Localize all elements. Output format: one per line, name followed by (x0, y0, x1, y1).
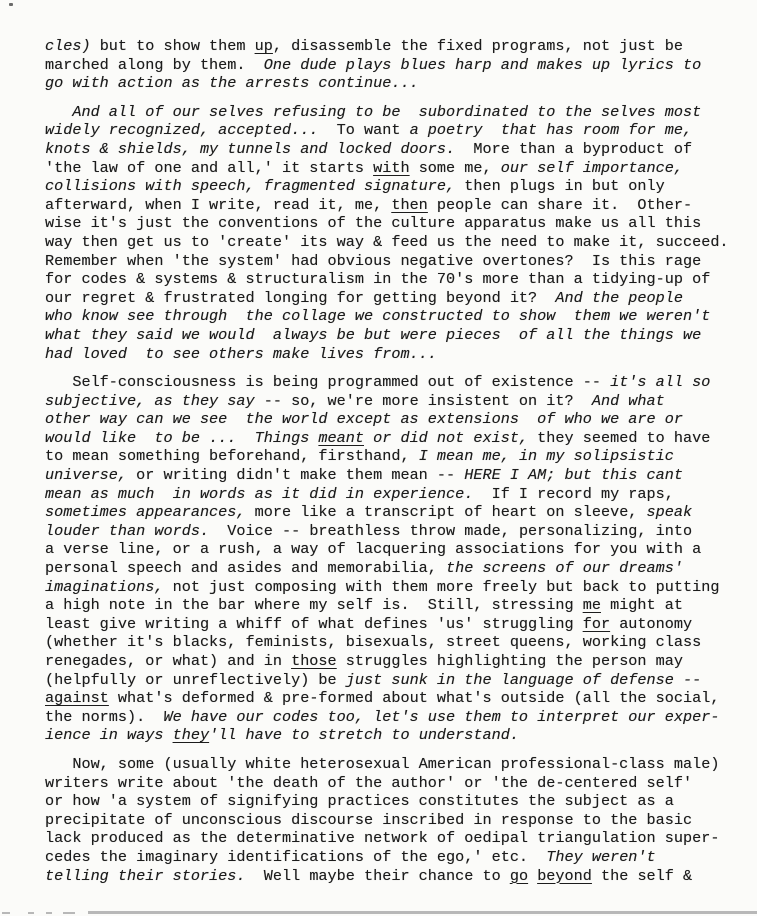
document-body: cles) but to show them up, disassemble t… (45, 37, 737, 885)
text-segment: If I record my raps, (473, 485, 674, 503)
text-line: And all of our selves refusing to be sub… (45, 103, 737, 122)
text-segment: Remember when 'the system' had obvious n… (45, 252, 701, 270)
italic-text: collisions with speech, fragmented signa… (45, 177, 455, 195)
underlined-text: beyond (537, 867, 592, 885)
text-line: sometimes appearances, more like a trans… (45, 503, 737, 522)
italic-text: They weren't (546, 848, 655, 866)
underlined-text: they (173, 726, 209, 744)
text-line: (whether it's blacks, feminists, bisexua… (45, 633, 737, 652)
text-line: Now, some (usually white heterosexual Am… (45, 755, 737, 774)
text-line: way then get us to 'create' its way & fe… (45, 233, 737, 252)
text-segment: the self & (592, 867, 692, 885)
text-segment: (helpfully or unreflectively) be (45, 671, 346, 689)
text-segment: what's deformed & pre-formed about what'… (109, 689, 720, 707)
scan-artifact-dash (2, 912, 10, 914)
text-segment: then plugs in but only (455, 177, 665, 195)
underlined-text: with (373, 159, 409, 177)
text-segment: Well maybe their chance to (246, 867, 510, 885)
text-line: a verse line, or a rush, a way of lacque… (45, 540, 737, 559)
underlined-text: those (291, 652, 337, 670)
italic-text: go with action as the arrests continue..… (45, 74, 419, 92)
italic-text: other way can we see the world except as… (45, 410, 683, 428)
text-line: had loved to see others make lives from.… (45, 345, 737, 364)
text-segment: might at (601, 596, 683, 614)
text-line: the norms). We have our codes too, let's… (45, 708, 737, 727)
text-segment: renegades, or what) and in (45, 652, 291, 670)
underlined-text: against (45, 689, 109, 707)
text-line: telling their stories. Well maybe their … (45, 867, 737, 886)
text-line: Remember when 'the system' had obvious n… (45, 252, 737, 271)
italic-text: speak (647, 503, 693, 521)
text-segment: writers write about 'the death of the au… (45, 774, 692, 792)
italic-text: louder than words. (45, 522, 209, 540)
text-line: universe, or writing didn't make them me… (45, 466, 737, 485)
italic-text: And all of our selves refusing to be sub… (72, 103, 701, 121)
text-segment: for codes & systems & structuralism in t… (45, 270, 710, 288)
text-line: go with action as the arrests continue..… (45, 74, 737, 93)
text-line: would like to be ... Things meant or did… (45, 429, 737, 448)
text-line: Self-consciousness is being programmed o… (45, 373, 737, 392)
italic-text: a poetry that has room for me, (410, 121, 693, 139)
text-segment: people can share it. Other- (428, 196, 692, 214)
text-segment: to mean something beforehand, firsthand, (45, 447, 419, 465)
scan-artifact-dash (28, 912, 34, 914)
text-segment: autonomy (610, 615, 692, 633)
text-line: lack produced as the determinative netwo… (45, 829, 737, 848)
underlined-text: go (510, 867, 528, 885)
text-line: imaginations, not just composing with th… (45, 578, 737, 597)
scan-speck (9, 3, 13, 6)
text-segment: Self-consciousness is being programmed o… (45, 373, 610, 391)
text-segment: the norms). (45, 708, 163, 726)
italic-text: cles) (45, 37, 91, 55)
underlined-text: then (391, 196, 427, 214)
text-segment: (whether it's blacks, feminists, bisexua… (45, 633, 701, 651)
scan-artifact-dash (46, 912, 52, 914)
text-line: mean as much in words as it did in exper… (45, 485, 737, 504)
text-line: other way can we see the world except as… (45, 410, 737, 429)
text-line: who know see through the collage we cons… (45, 307, 737, 326)
text-line: precipitate of unconscious discourse ins… (45, 811, 737, 830)
text-line: cedes the imaginary identifications of t… (45, 848, 737, 867)
paragraph: Now, some (usually white heterosexual Am… (45, 755, 737, 885)
text-segment: least give writing a whiff of what defin… (45, 615, 583, 633)
text-segment: a verse line, or a rush, a way of lacque… (45, 540, 701, 558)
italic-text: who know see through the collage we cons… (45, 307, 710, 325)
text-line: what they said we would always be but we… (45, 326, 737, 345)
italic-text: mean as much in words as it did in exper… (45, 485, 473, 503)
text-line: cles) but to show them up, disassemble t… (45, 37, 737, 56)
italic-text: We have our codes too, let's use them to… (163, 708, 719, 726)
italic-text: 'll have to stretch to understand. (209, 726, 519, 744)
text-line: collisions with speech, fragmented signa… (45, 177, 737, 196)
text-segment: lack produced as the determinative netwo… (45, 829, 719, 847)
text-line: least give writing a whiff of what defin… (45, 615, 737, 634)
text-segment: our regret & frustrated longing for gett… (45, 289, 555, 307)
paragraph: Self-consciousness is being programmed o… (45, 373, 737, 745)
text-line: ience in ways they'll have to stretch to… (45, 726, 737, 745)
text-segment: wise it's just the conventions of the cu… (45, 214, 701, 232)
italic-text: knots & shields, my tunnels and locked d… (45, 140, 455, 158)
italic-text: what they said we would always be but we… (45, 326, 701, 344)
text-line: 'the law of one and all,' it starts with… (45, 159, 737, 178)
text-line: our regret & frustrated longing for gett… (45, 289, 737, 308)
text-line: wise it's just the conventions of the cu… (45, 214, 737, 233)
paragraph: And all of our selves refusing to be sub… (45, 103, 737, 363)
text-segment: a high note in the bar where my self is.… (45, 596, 583, 614)
italic-text: widely recognized, accepted... (45, 121, 318, 139)
italic-text: One dude plays blues harp and makes up l… (264, 56, 701, 74)
text-line: (helpfully or unreflectively) be just su… (45, 671, 737, 690)
text-segment (45, 103, 72, 121)
scan-edge-line (88, 911, 757, 914)
italic-text: universe, (45, 466, 127, 484)
document-page: cles) but to show them up, disassemble t… (0, 0, 757, 916)
text-line: louder than words. Voice -- breathless t… (45, 522, 737, 541)
text-segment: 'the law of one and all,' it starts (45, 159, 373, 177)
italic-text: the screens of our dreams' (446, 559, 683, 577)
paragraph: cles) but to show them up, disassemble t… (45, 37, 737, 93)
italic-text: sometimes appearances, (45, 503, 246, 521)
text-line: afterward, when I write, read it, me, th… (45, 196, 737, 215)
scan-artifact-dash (63, 912, 75, 914)
text-segment: Now, some (usually white heterosexual Am… (45, 755, 719, 773)
italic-text: subjective, as they say (45, 392, 255, 410)
text-line: against what's deformed & pre-formed abo… (45, 689, 737, 708)
text-segment: struggles highlighting the person may (337, 652, 683, 670)
text-segment: cedes the imaginary identifications of t… (45, 848, 546, 866)
text-segment (528, 867, 537, 885)
text-segment: some me, (410, 159, 501, 177)
underlined-text: up (255, 37, 273, 55)
text-line: to mean something beforehand, firsthand,… (45, 447, 737, 466)
italic-text: had loved to see others make lives from.… (45, 345, 437, 363)
text-line: widely recognized, accepted... To want a… (45, 121, 737, 140)
text-segment: they seemed to have (528, 429, 710, 447)
text-segment: , disassemble the fixed programs, not ju… (273, 37, 683, 55)
italic-text: it's all so (610, 373, 710, 391)
italic-text: would like to be ... Things (45, 429, 318, 447)
underlined-text: for (583, 615, 610, 633)
text-segment: marched along by them. (45, 56, 264, 74)
underlined-text: me (583, 596, 601, 614)
italic-text: telling their stories. (45, 867, 246, 885)
italic-text: ience in ways (45, 726, 173, 744)
italic-text: imaginations, (45, 578, 163, 596)
text-segment: or writing didn't make them mean -- (127, 466, 464, 484)
text-segment: More than a byproduct of (455, 140, 692, 158)
text-segment: -- so, we're more insistent on it? (255, 392, 592, 410)
text-line: personal speech and asides and memorabil… (45, 559, 737, 578)
text-segment: more like a transcript of heart on sleev… (246, 503, 647, 521)
text-line: subjective, as they say -- so, we're mor… (45, 392, 737, 411)
italic-text: And what (592, 392, 665, 410)
text-segment: or how 'a system of signifying practices… (45, 792, 674, 810)
underlined-text: meant (318, 429, 364, 447)
text-segment: not just composing with them more freely… (163, 578, 719, 596)
text-line: for codes & systems & structuralism in t… (45, 270, 737, 289)
italic-text: I mean me, in my solipsistic (419, 447, 674, 465)
text-segment: precipitate of unconscious discourse ins… (45, 811, 692, 829)
text-line: or how 'a system of signifying practices… (45, 792, 737, 811)
italic-text: our self importance, (501, 159, 683, 177)
text-segment: Voice -- breathless throw made, personal… (209, 522, 692, 540)
text-line: a high note in the bar where my self is.… (45, 596, 737, 615)
italic-text: HERE I AM; but this cant (464, 466, 683, 484)
text-line: renegades, or what) and in those struggl… (45, 652, 737, 671)
text-segment: afterward, when I write, read it, me, (45, 196, 391, 214)
text-segment: way then get us to 'create' its way & fe… (45, 233, 729, 251)
text-segment: but to show them (91, 37, 255, 55)
text-segment: To want (318, 121, 409, 139)
text-line: writers write about 'the death of the au… (45, 774, 737, 793)
text-line: knots & shields, my tunnels and locked d… (45, 140, 737, 159)
italic-text: just sunk in the language of defense -- (346, 671, 701, 689)
italic-text: And the people (555, 289, 683, 307)
text-segment: personal speech and asides and memorabil… (45, 559, 446, 577)
italic-text: or did not exist, (364, 429, 528, 447)
text-line: marched along by them. One dude plays bl… (45, 56, 737, 75)
